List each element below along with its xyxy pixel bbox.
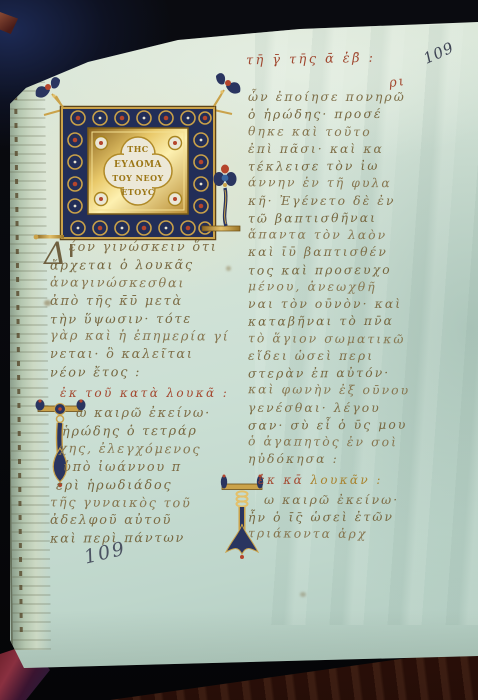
manuscript-photo: 109 ρι τη̄ γ̄ τη̄ς ᾱ ἑβ̄ : — [0, 0, 478, 700]
leaf-finial-top-left — [36, 77, 63, 107]
fox-spot — [300, 592, 306, 597]
manuscript-page: 109 ρι τη̄ γ̄ τη̄ς ᾱ ἑβ̄ : — [0, 0, 478, 700]
text-line: νεται· ὃ καλεῖται — [50, 347, 245, 365]
svg-text:ΕΤΟΥϹ: ΕΤΟΥϹ — [121, 187, 155, 197]
text-line: νέον ἔτος : — [50, 365, 245, 384]
header-rubric: τη̄ γ̄ τη̄ς ᾱ ἑβ̄ : — [246, 51, 376, 69]
text-line: ω καιρῶ ἐκείνω· — [248, 493, 463, 510]
svg-text:ΕΥΔΟΜΑ: ΕΥΔΟΜΑ — [114, 160, 163, 170]
lection-text-left: ω καιρῶ ἐκείνω·ἡρώδης ὁ τετράρχης, ἐλεγχ… — [50, 406, 245, 549]
left-text-column: έον γινώσκειν ὅτιἄρχεται ὁ λουκᾶςἀναγινώ… — [50, 240, 245, 549]
illuminated-headpiece: ΤΗϹ ΕΥΔΟΜΑ ΤΟΥ ΝΕΟΥ ΕΤΟΥϹ — [30, 66, 250, 250]
text-line: τὴν ὕψωσιν· τότε — [50, 311, 245, 330]
text-line: ἀδελφοῦ αὐτοῦ — [50, 513, 245, 531]
text-line: μένου, ἀνεωχθῆ — [248, 279, 463, 298]
text-line: τῶ βαπτισθῆναι — [248, 210, 463, 229]
text-line: γὰρ καὶ ἡ ἐπημερία γί — [50, 329, 245, 348]
previous-folio-fragment — [0, 12, 18, 34]
text-line: εἴδει ὡσεὶ περι — [248, 349, 463, 366]
text-line: ὧν ἐποίησε πονηρῶ — [248, 90, 463, 107]
text-line: θηκε καὶ τοῦτο — [248, 124, 463, 143]
intro-note: έον γινώσκειν ὅτιἄρχεται ὁ λουκᾶςἀναγινώ… — [50, 240, 245, 383]
text-line: τὸ ἅγιον σωματικῶ — [248, 331, 463, 350]
rubric-red-part: ἐκ κᾱ — [258, 473, 304, 487]
text-line: σαν· σὺ εἶ ὁ ῡς μου — [248, 417, 463, 436]
text-line: ἅπαντα τὸν λαὸν — [248, 227, 463, 246]
text-line: ναι τὸν οῡνὸν· καὶ — [248, 297, 463, 314]
text-line: ἀναγινώσκεσθαι — [50, 275, 245, 294]
text-line: καὶ ῑῡ βαπτισθέν — [248, 245, 463, 262]
text-line: κῆ· Ἐγένετο δὲ ἐν — [248, 194, 463, 211]
text-line: άννην ἐν τῆ φυλα — [248, 175, 463, 194]
text-line: στερὰν ἐπ αὐτόν· — [248, 365, 463, 384]
leaf-finial-top-right — [214, 73, 240, 106]
text-line: ερὶ ἡρωδιάδος — [50, 477, 245, 496]
text-line: τος καὶ προσευχο — [248, 262, 463, 281]
text-line: ὁ ἀγαπητὸς ἐν σοὶ — [248, 434, 463, 453]
text-line: ἐπὶ πᾶσι· καὶ κα — [248, 142, 463, 159]
quire-mark: ρι — [388, 74, 407, 91]
text-line: έον γινώσκειν ὅτι — [50, 240, 245, 258]
text-line: ἦν ὁ ῑς̄ ὡσεὶ ἐτῶν — [248, 509, 463, 528]
svg-text:ΤΟΥ ΝΕΟΥ: ΤΟΥ ΝΕΟΥ — [112, 173, 164, 183]
text-line: ω καιρῶ ἐκείνω· — [50, 406, 245, 424]
text-line: καὶ περὶ πάντων — [50, 531, 245, 550]
text-line: ηὐδόκησα : — [248, 452, 463, 469]
text-line: τῆς γυναικὸς τοῦ — [50, 495, 245, 514]
lection-text-right-tail: ω καιρῶ ἐκείνω·ἦν ὁ ῑς̄ ὡσεὶ ἐτῶντριάκον… — [248, 493, 463, 545]
text-line: ὑπὸ ἰωάννου π — [50, 460, 245, 478]
text-line: ὁ ἡρώδης· προσέ — [248, 107, 463, 126]
lection-rubric-right: ἐκ κᾱ λουκᾶν : — [258, 473, 463, 489]
text-line: καταβῆναι τὸ πν̄α — [248, 314, 463, 333]
text-line: καὶ φωνὴν ἐξ οῡνου — [248, 382, 463, 401]
text-line: ἀπὸ τῆς κ̄ῡ μετὰ — [50, 294, 245, 312]
lection-rubric-left: ἐκ τοῦ κατὰ λουκᾶ : — [60, 386, 245, 402]
text-line: ἄρχεται ὁ λουκᾶς — [50, 257, 245, 276]
text-line: τέκλεισε τὸν ἰω — [248, 158, 463, 177]
rubric-gold-part: λουκᾶν : — [310, 473, 382, 487]
text-line: γενέσθαι· λέγου — [248, 401, 463, 418]
text-line: τριάκοντα ἀρχ — [248, 526, 463, 545]
text-line: χης, ἐλεγχόμενος — [50, 441, 245, 460]
right-text-column: ὧν ἐποίησε πονηρῶὁ ἡρώδης· προσέθηκε καὶ… — [248, 90, 463, 544]
lection-text-right: ὧν ἐποίησε πονηρῶὁ ἡρώδης· προσέθηκε καὶ… — [248, 90, 463, 470]
svg-text:ΤΗϹ: ΤΗϹ — [127, 144, 148, 154]
text-line: ἡρώδης ὁ τετράρ — [50, 423, 245, 442]
